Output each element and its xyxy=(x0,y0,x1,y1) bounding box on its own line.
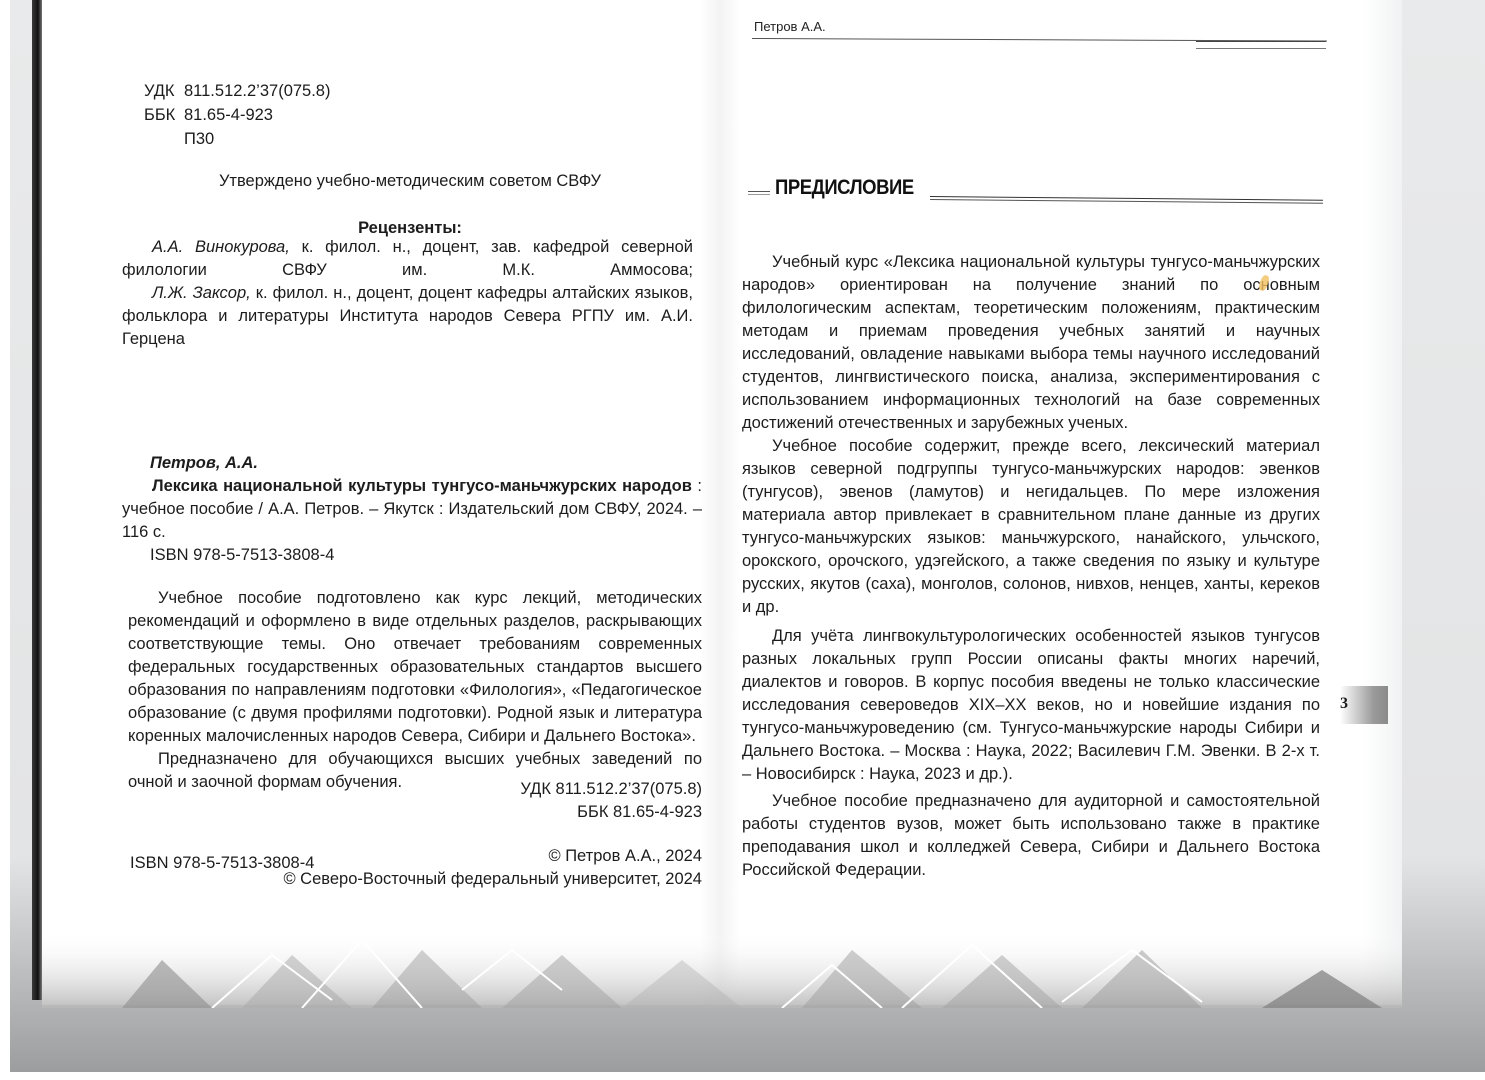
preface-paragraph: Учебное пособие содержит, прежде всего, … xyxy=(742,435,1320,619)
decorative-hexagon-band xyxy=(42,930,1402,1008)
footer-udk: УДК 811.512.2’37(075.8) xyxy=(420,778,702,801)
preface-body: Учебный курс «Лексика национальной культ… xyxy=(742,251,1320,882)
preface-paragraph: Учебный курс «Лексика национальной культ… xyxy=(742,251,1320,435)
bbk-value: 81.65-4-923 xyxy=(184,103,273,127)
reviewer-2: Л.Ж. Заксор, к. филол. н., доцент, доцен… xyxy=(122,282,693,351)
copyright-block: © Петров А.А., 2024 © Северо-Восточный ф… xyxy=(260,845,702,891)
reviewer-name: Л.Ж. Заксор, xyxy=(152,284,251,302)
chapter-rule xyxy=(748,191,770,192)
preface-paragraph: Учебное пособие предназначено для аудито… xyxy=(742,790,1320,882)
page-number: 3 xyxy=(1340,692,1348,715)
reviewers-list: А.А. Винокурова, к. филол. н., доцент, з… xyxy=(122,236,693,351)
udk-label: УДК xyxy=(144,79,184,103)
book-edge xyxy=(32,0,42,1000)
chapter-rule xyxy=(748,194,770,195)
annotation: Учебное пособие подготовлено как курс ле… xyxy=(128,587,702,794)
footer-codes: УДК 811.512.2’37(075.8) ББК 81.65-4-923 xyxy=(420,778,702,824)
reviewer-name: А.А. Винокурова, xyxy=(152,238,290,256)
footer-bbk: ББК 81.65-4-923 xyxy=(420,801,702,824)
reviewer-1: А.А. Винокурова, к. филол. н., доцент, з… xyxy=(122,236,693,282)
isbn: ISBN 978-5-7513-3808-4 xyxy=(122,544,702,567)
annotation-paragraph: Учебное пособие подготовлено как курс ле… xyxy=(128,587,702,748)
udk-value: 811.512.2’37(075.8) xyxy=(184,79,330,103)
running-head: Петров А.А. xyxy=(754,15,826,38)
author-mark-label xyxy=(144,127,184,151)
author-heading: Петров, А.А. xyxy=(150,454,258,472)
bbk-label: ББК xyxy=(144,103,184,127)
approval-note: Утверждено учебно-методическим советом С… xyxy=(130,170,690,193)
copyright-author: © Петров А.А., 2024 xyxy=(260,845,702,868)
copyright-university: © Северо-Восточный федеральный университ… xyxy=(260,868,702,891)
book-title: Лексика национальной культуры тунгусо-ма… xyxy=(152,477,692,495)
book-gutter xyxy=(700,0,740,1005)
header-rule xyxy=(1196,48,1326,49)
header-rule xyxy=(1196,41,1326,42)
chapter-title: ПРЕДИСЛОВИЕ xyxy=(775,176,914,199)
preface-paragraph: Для учёта лингвокультурологических особе… xyxy=(742,625,1320,786)
author-mark: П30 xyxy=(184,127,214,151)
classification-codes: УДК811.512.2’37(075.8) ББК81.65-4-923 П3… xyxy=(144,79,330,151)
bibliographic-record: Петров, А.А. Лексика национальной культу… xyxy=(122,452,702,567)
